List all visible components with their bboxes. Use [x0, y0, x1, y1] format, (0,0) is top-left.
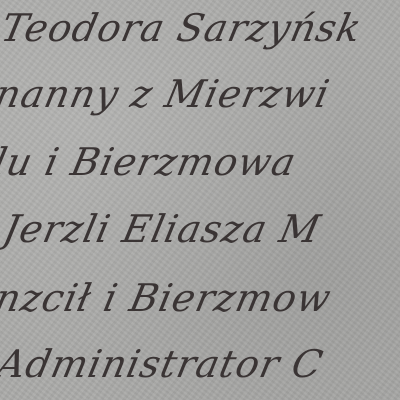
- handwritten-line-2: nanny z Mierzwi: [0, 72, 334, 116]
- handwritten-line-4: Jerzli Eliasza M: [0, 207, 325, 251]
- manuscript-page: Teodora Sarzyńsk nanny z Mierzwi lu i Bi…: [0, 0, 400, 400]
- handwritten-line-6: Administrator C: [0, 342, 327, 386]
- handwritten-line-3: lu i Bierzmowa: [0, 140, 300, 184]
- handwritten-line-1: Teodora Sarzyńsk: [0, 6, 366, 50]
- handwritten-line-5: nzcił i Bierzmow: [0, 276, 335, 320]
